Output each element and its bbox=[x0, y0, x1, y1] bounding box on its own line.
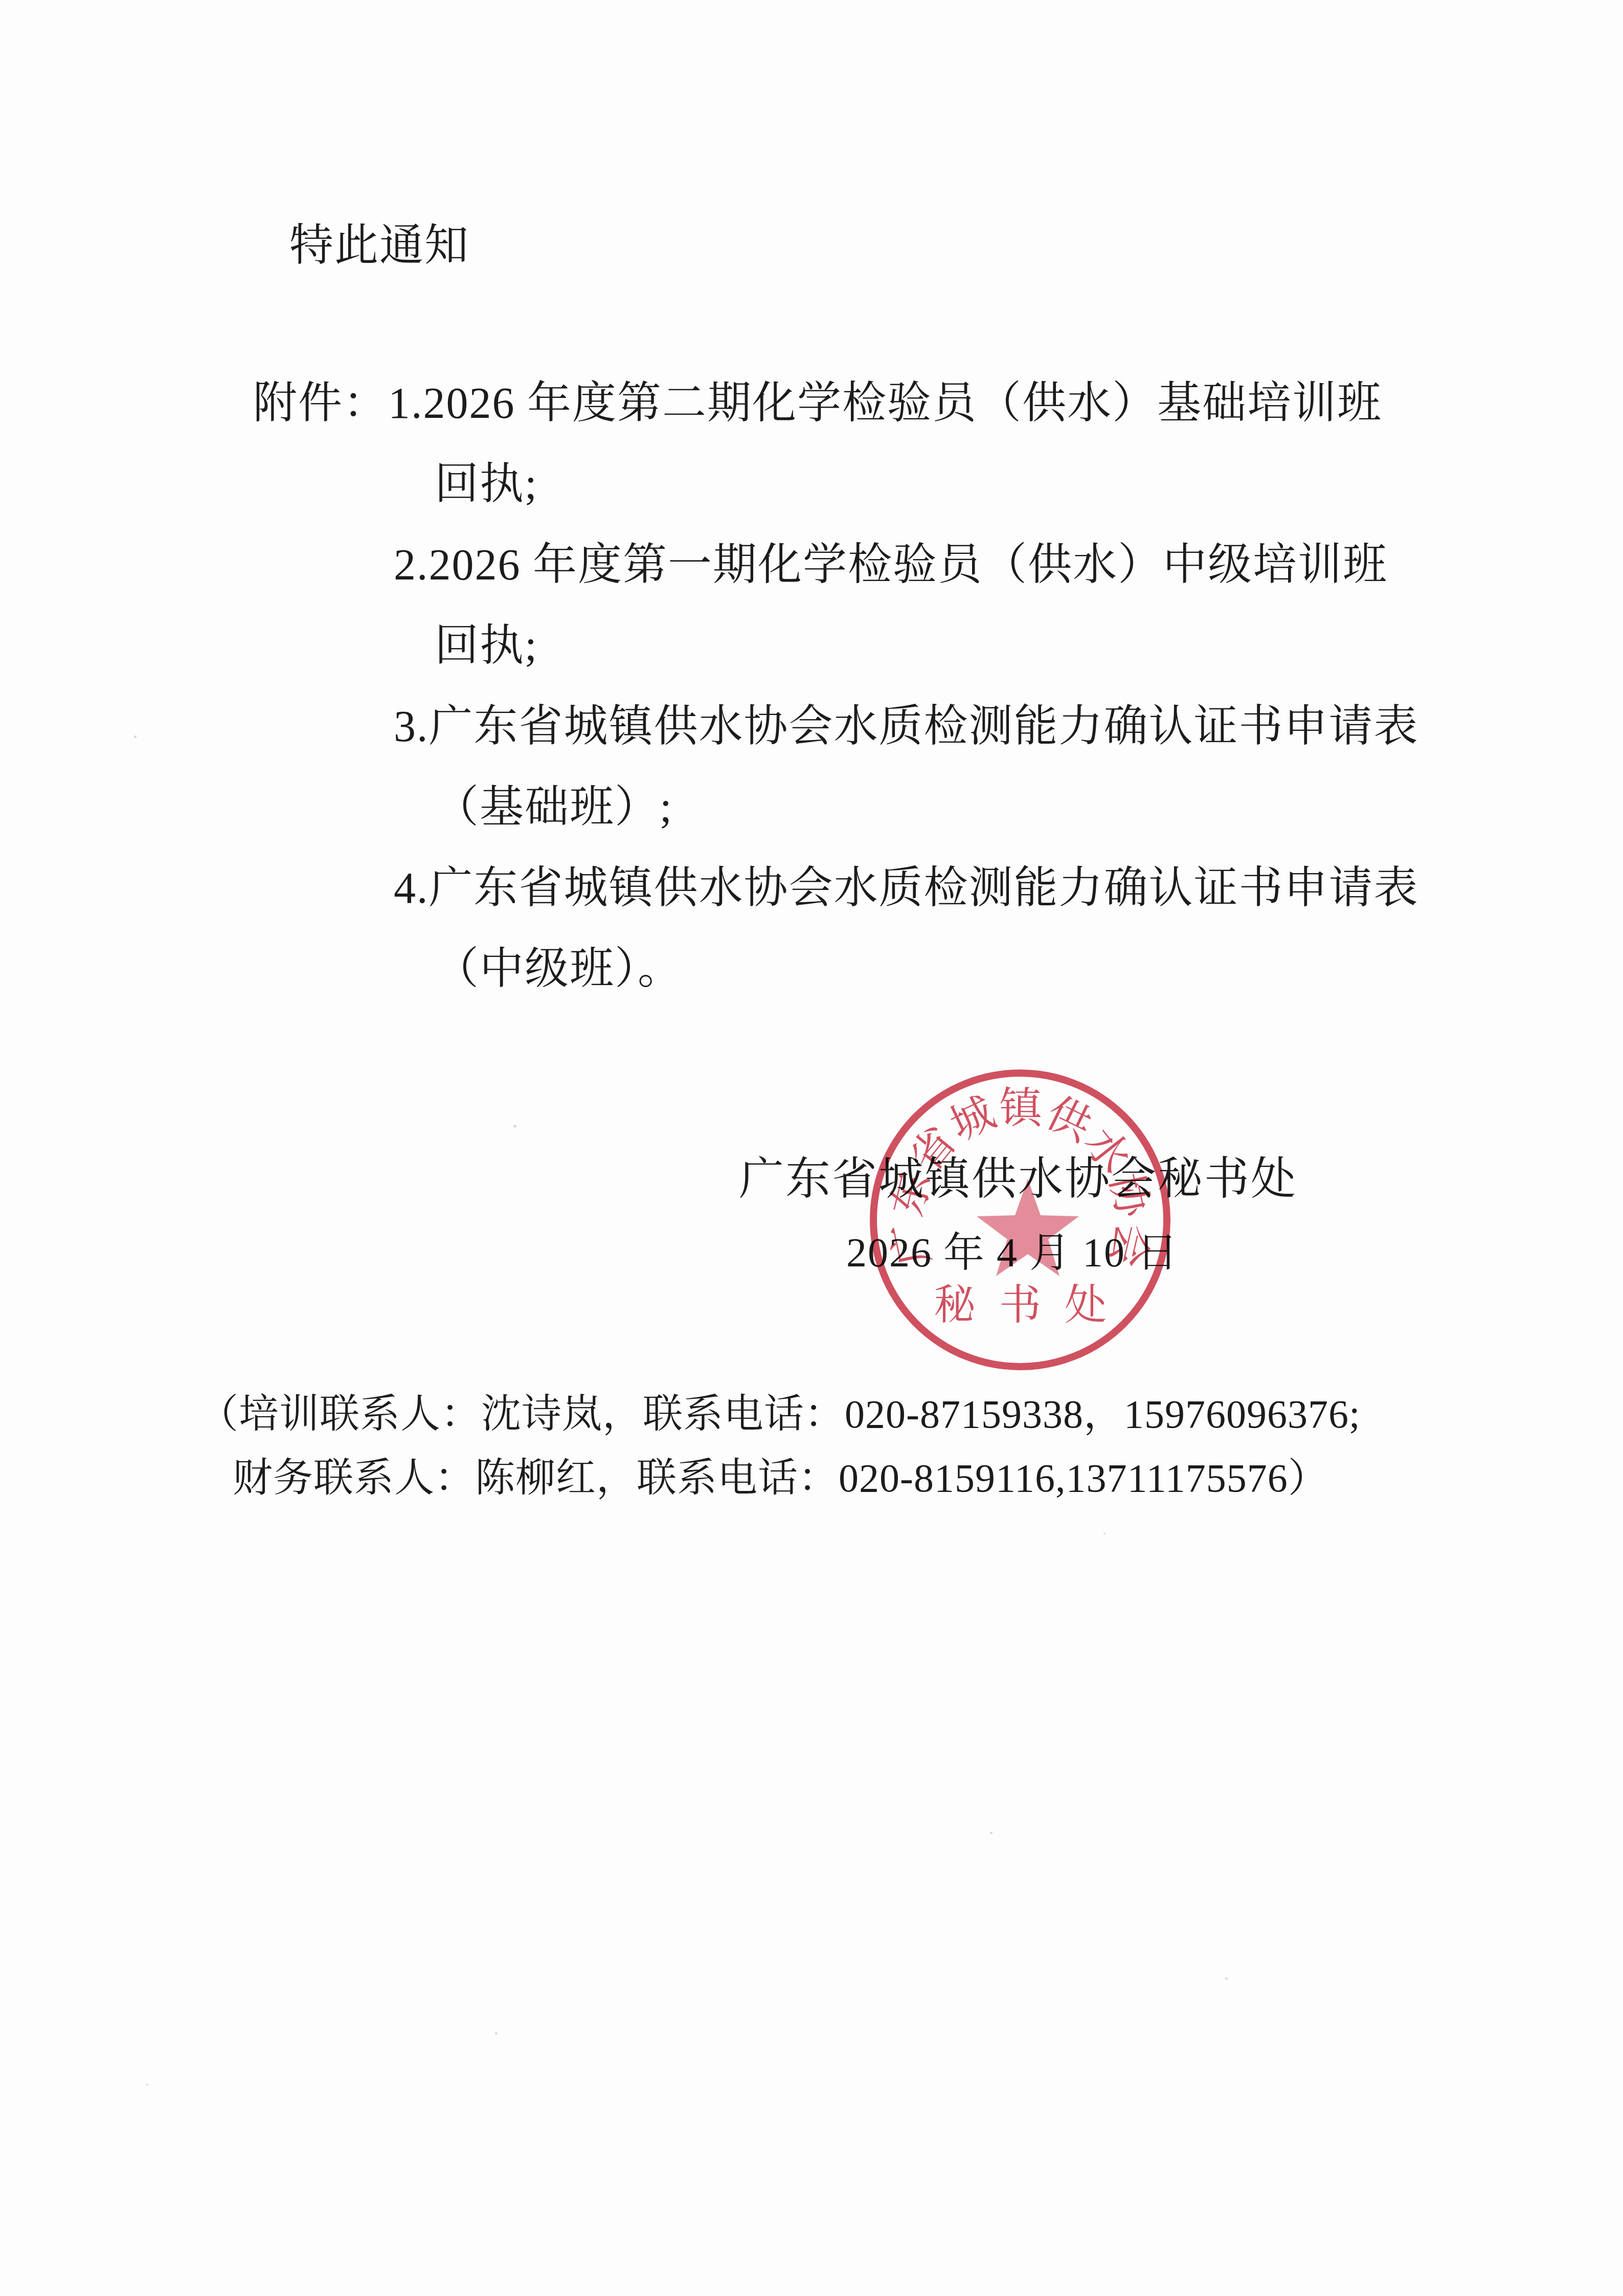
attachment-1-continuation: 回执; bbox=[435, 462, 538, 506]
attachment-3-title: 3.广东省城镇供水协会水质检测能力确认证书申请表 bbox=[394, 704, 1419, 748]
contact-line-training: （培训联系人：沈诗岚，联系电话：020-87159338，15976096376… bbox=[198, 1394, 1361, 1434]
attachment-4-title: 4.广东省城镇供水协会水质检测能力确认证书申请表 bbox=[394, 866, 1419, 910]
closing-phrase: 特此通知 bbox=[289, 224, 469, 268]
scan-speck bbox=[495, 2032, 498, 2035]
notice-document-page: 特此通知 附件：1.2026 年度第二期化学检验员（供水）基础培训班 回执; 2… bbox=[0, 0, 1623, 2296]
attachment-4-continuation: （中级班）。 bbox=[435, 947, 683, 991]
scan-speck bbox=[1103, 1532, 1106, 1534]
attachment-2-continuation: 回执; bbox=[435, 623, 538, 667]
seal-center-text: 秘书处 bbox=[934, 1282, 1130, 1328]
scan-speck bbox=[513, 1125, 516, 1128]
scan-speck bbox=[990, 1832, 993, 1834]
scan-speck bbox=[134, 735, 137, 738]
attachment-1-title: 1.2026 年度第二期化学检验员（供水）基础培训班 bbox=[388, 378, 1382, 428]
scan-speck bbox=[146, 2084, 148, 2086]
attachments-label: 附件： bbox=[253, 378, 388, 428]
official-seal: 广东省城镇供水协会 秘书处 bbox=[856, 1056, 1184, 1384]
scan-speck bbox=[1225, 1977, 1228, 1980]
attachment-2-title: 2.2026 年度第一期化学检验员（供水）中级培训班 bbox=[394, 543, 1388, 587]
attachments-row: 附件：1.2026 年度第二期化学检验员（供水）基础培训班 bbox=[253, 381, 1382, 425]
attachment-3-continuation: （基础班）; bbox=[435, 785, 673, 829]
contact-line-finance: 财务联系人：陈柳红，联系电话：020-8159116,13711175576） bbox=[233, 1458, 1328, 1498]
star-icon bbox=[977, 1179, 1079, 1276]
